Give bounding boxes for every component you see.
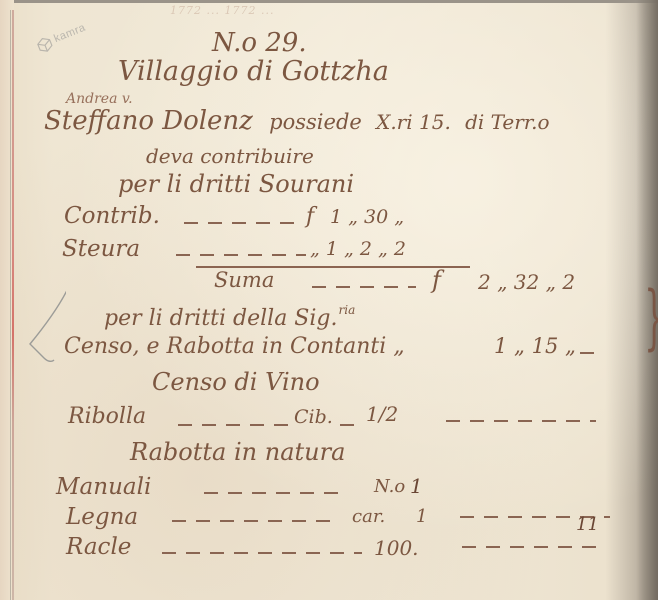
leader-dashes: [446, 420, 596, 422]
row-contrib-currency: f: [306, 206, 314, 228]
row-ribolla-unit: Cib.: [294, 408, 333, 427]
margin-note: Andrea v.: [66, 92, 133, 106]
leader-dashes: [176, 254, 306, 256]
manuscript-page: 1772 ... 1772 ... kamra N.o 29. Villaggi…: [0, 0, 658, 600]
row-ribolla-amount: 1/2: [366, 404, 398, 424]
leader-dashes: [178, 424, 288, 426]
row-manuali-amount: 1: [410, 476, 423, 496]
row-manuali-label: Manuali: [56, 476, 151, 499]
page-top-edge: [0, 0, 658, 3]
right-brace: }: [644, 276, 658, 358]
row-racle-label: Racle: [66, 536, 131, 559]
watermark-text: kamra: [52, 22, 87, 46]
row-contrib-label: Contrib.: [64, 205, 160, 228]
leader-dashes: [172, 520, 338, 522]
holder-verb: possiede: [269, 110, 362, 134]
row-steura-label: Steura: [62, 238, 140, 261]
obligation-line: deva contribuire: [146, 146, 314, 166]
row-racle-amount: 100.: [374, 538, 419, 558]
leader-dashes: [312, 286, 416, 288]
lordship-heading-sup: ria: [339, 303, 356, 317]
leader-dashes: [204, 492, 344, 494]
sum-label: Suma: [214, 270, 274, 291]
pencil-bracket-mark: [26, 282, 66, 372]
row-legna-amount: 1: [416, 508, 427, 526]
holder-line: Steffano Dolenz possiede X.ri 15. di Ter…: [44, 108, 550, 134]
row-ribolla-label: Ribolla: [68, 406, 146, 428]
village-line: Villaggio di Gottzha: [118, 58, 389, 85]
row-censo-label: Censo, e Rabotta in Contanti „: [64, 336, 405, 358]
leader-dashes: [184, 222, 304, 224]
wine-heading: Censo di Vino: [152, 370, 320, 394]
margin-rule-red: [12, 10, 14, 600]
leader-dashes: [340, 424, 360, 426]
sum-currency: f: [432, 268, 441, 292]
row-legna-extra: 11: [576, 516, 599, 534]
sovereign-heading: per li dritti Sourani: [118, 172, 354, 196]
leader-dashes: [162, 552, 362, 554]
lordship-heading: per li dritti della Sig.ria: [104, 304, 355, 330]
holder-name: Steffano Dolenz: [44, 106, 253, 136]
holder-quantity: X.ri 15.: [376, 110, 451, 134]
row-legna-label: Legna: [66, 506, 138, 529]
entry-number: N.o 29.: [212, 30, 307, 56]
leader-dashes: [580, 352, 600, 354]
watermark: kamra: [33, 19, 89, 56]
row-contrib-amount: 1 „ 30 „: [330, 208, 404, 227]
row-steura-amount: „ 1 „ 2 „ 2: [310, 240, 406, 259]
row-legna-unit: car.: [352, 508, 385, 526]
leader-dashes: [462, 546, 602, 548]
row-manuali-unit: N.o: [374, 478, 405, 496]
labor-heading: Rabotta in natura: [130, 440, 345, 464]
bleed-through-text: 1772 ... 1772 ...: [170, 4, 274, 17]
sum-amount: 2 „ 32 „ 2: [478, 272, 575, 292]
holder-unit: di Terr.o: [465, 110, 550, 134]
lordship-heading-text: per li dritti della Sig.: [104, 306, 338, 331]
margin-rule-grey: [10, 10, 11, 600]
row-censo-amount: 1 „ 15 „: [494, 336, 576, 357]
